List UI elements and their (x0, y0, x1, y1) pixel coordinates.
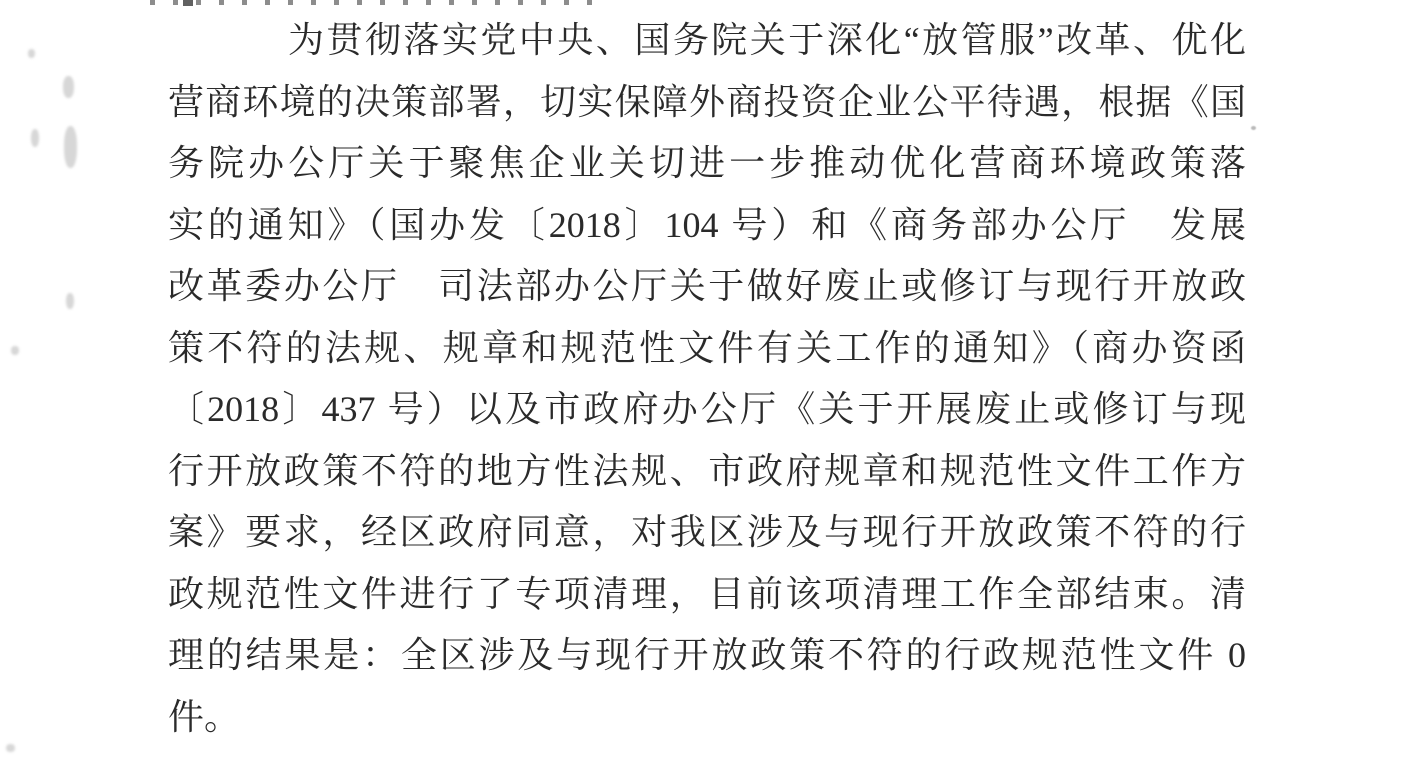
text-line: 营商环境的决策部署，切实保障外商投资企业公平待遇，根据《国 (168, 72, 1246, 134)
cropped-previous-line-fragment (183, 0, 193, 6)
text-line: 件。 (168, 687, 1246, 749)
text-line: 策不符的法规、规章和规范性文件有关工作的通知》（商办资函 (168, 318, 1246, 380)
text-line: 为贯彻落实党中央、国务院关于深化“放管服”改革、优化 (168, 10, 1246, 72)
scan-smudge (6, 744, 15, 752)
scan-smudge (28, 49, 35, 58)
text-line: 行开放政策不符的地方性法规、市政府规章和规范性文件工作方 (168, 441, 1246, 503)
notice-paragraph: 为贯彻落实党中央、国务院关于深化“放管服”改革、优化营商环境的决策部署，切实保障… (168, 10, 1246, 748)
text-line: 改革委办公厅 司法部办公厅关于做好废止或修订与现行开放政 (168, 256, 1246, 318)
scanned-document-page: 为贯彻落实党中央、国务院关于深化“放管服”改革、优化营商环境的决策部署，切实保障… (0, 0, 1416, 759)
scan-speck (1251, 126, 1256, 130)
text-line: 实的通知》（国办发〔2018〕104 号）和《商务部办公厅 发展 (168, 195, 1246, 257)
scan-smudge (31, 129, 39, 147)
scan-smudge (63, 76, 74, 98)
text-line: 务院办公厅关于聚焦企业关切进一步推动优化营商环境政策落 (168, 133, 1246, 195)
cropped-previous-line-fragments (150, 0, 598, 5)
text-line: 〔2018〕437 号）以及市政府办公厅《关于开展废止或修订与现 (168, 379, 1246, 441)
text-line: 政规范性文件进行了专项清理，目前该项清理工作全部结束。清 (168, 564, 1246, 626)
scan-smudge (11, 346, 19, 355)
scan-smudge (64, 126, 77, 168)
text-line: 理的结果是：全区涉及与现行开放政策不符的行政规范性文件 0 (168, 625, 1246, 687)
text-line: 案》要求，经区政府同意，对我区涉及与现行开放政策不符的行 (168, 502, 1246, 564)
scan-smudge (66, 293, 74, 309)
